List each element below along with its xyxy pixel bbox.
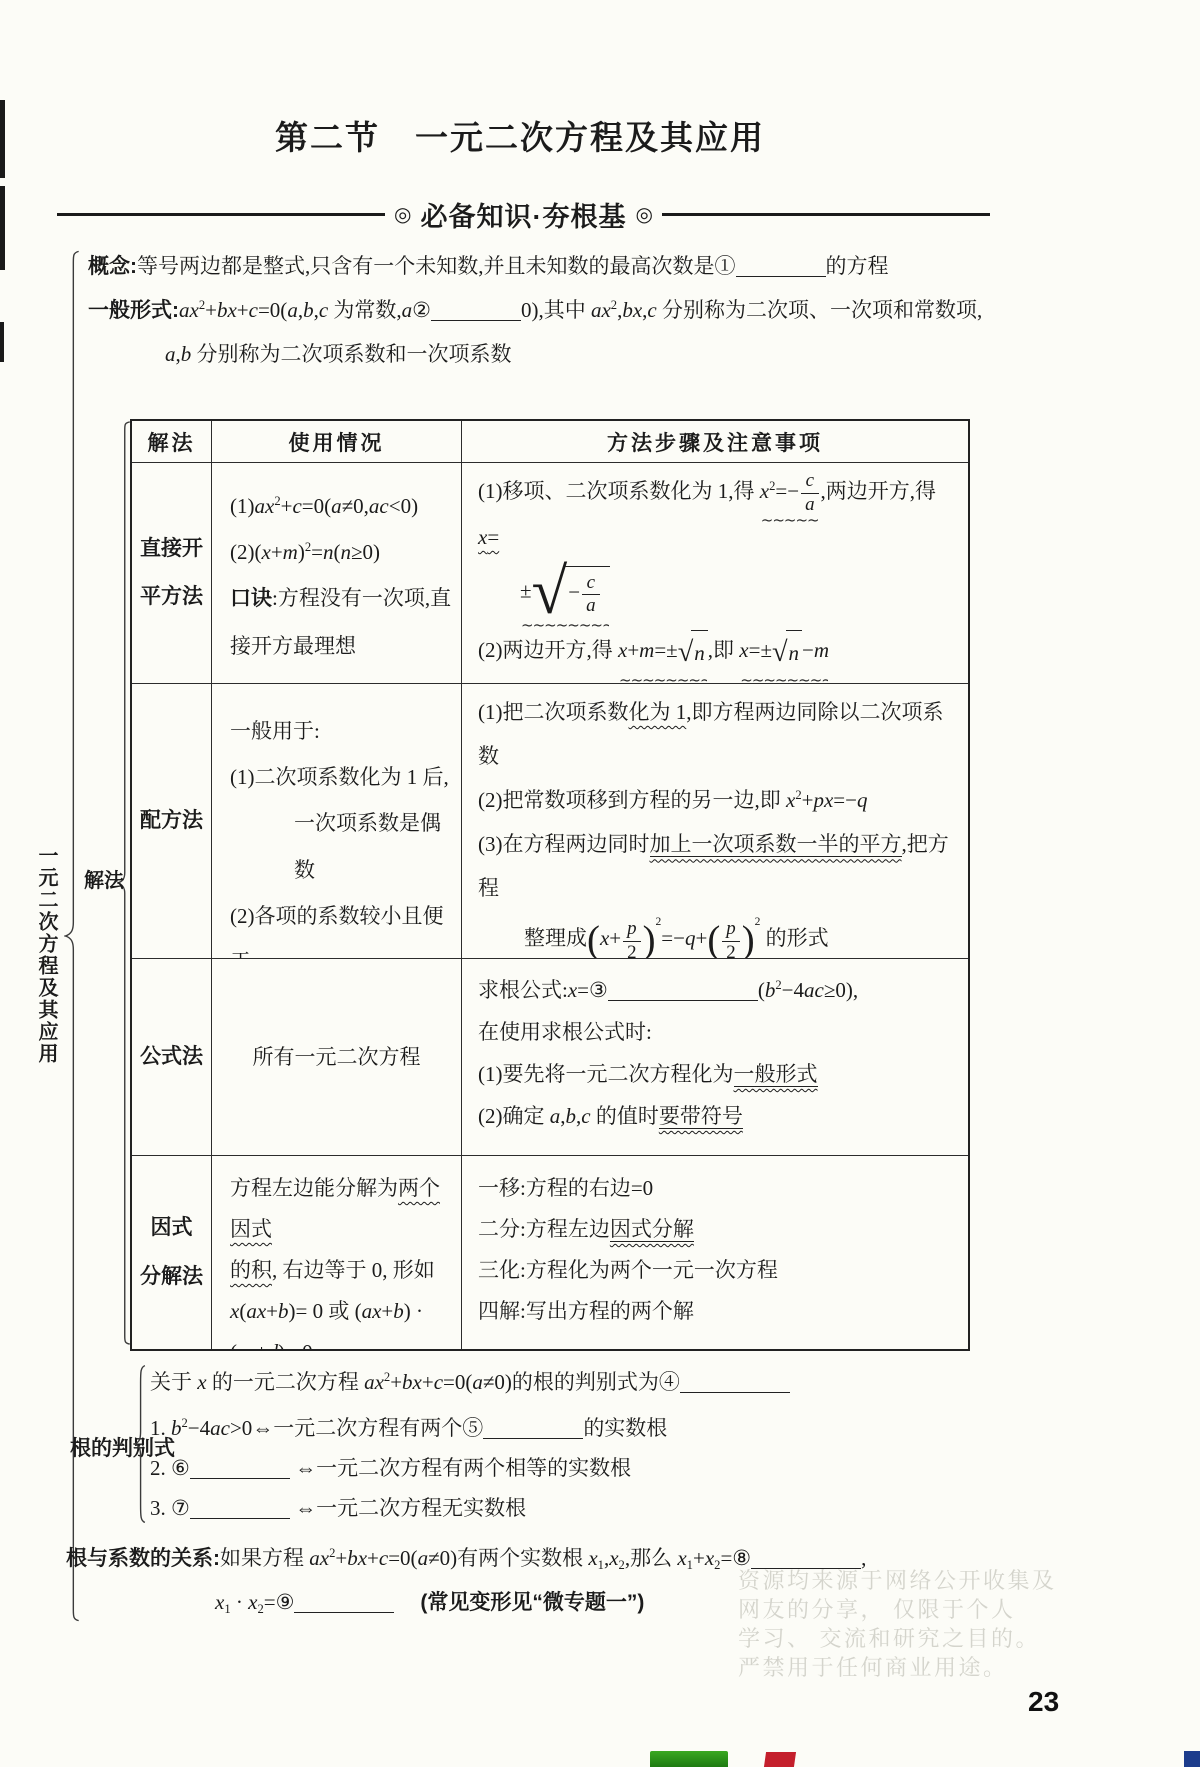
watermark-line: 学习、 交流和研究之目的。 bbox=[738, 1624, 1078, 1653]
section-banner: ◎ 必备知识·夯根基 ◎ bbox=[57, 196, 990, 232]
banner-rule-right bbox=[662, 213, 990, 216]
outline-brace-main bbox=[64, 250, 80, 1622]
footer-logo-fragment-green bbox=[650, 1751, 728, 1767]
vieta-line1: 根与系数的关系:如果方程 ax2+bx+c=0(a≠0)有两个实数根 x1,x2… bbox=[66, 1542, 866, 1573]
discriminant-line: 2. ⑥ ⇔一元二次方程有两个相等的实数根 bbox=[150, 1452, 631, 1482]
side-vertical-title: 一元二次方程及其应用 bbox=[32, 845, 61, 1085]
page-number: 23 bbox=[1028, 1686, 1059, 1718]
col-header-method: 解法 bbox=[132, 421, 212, 463]
watermark-line: 网友的分享， 仅限于个人 bbox=[738, 1595, 1078, 1624]
steps-direct-sqrt: (1)移项、二次项系数化为 1,得 x2=−ca,两边开方,得 x=±√−ca(… bbox=[462, 463, 968, 684]
scan-artifact bbox=[0, 186, 5, 270]
discriminant-line: 1. b2−4ac>0⇔一元二次方程有两个⑤的实数根 bbox=[150, 1412, 667, 1442]
steps-factoring: 一移:方程的右边=0二分:方程左边因式分解三化:方程化为两个一元一次方程四解:写… bbox=[462, 1156, 968, 1349]
usage-formula: 所有一元二次方程 bbox=[212, 959, 462, 1156]
watermark-line: 严禁用于任何商业用途。 bbox=[738, 1653, 1078, 1682]
watermark: 资源均来源于网络公开收集及 网友的分享， 仅限于个人 学习、 交流和研究之目的。… bbox=[738, 1566, 1078, 1682]
bullseye-icon: ◎ bbox=[636, 202, 653, 227]
scan-artifact bbox=[0, 322, 4, 362]
vieta-line2: x1 · x2=⑨(常见变形见“微专题一”) bbox=[215, 1586, 644, 1617]
method-name-direct-sqrt: 直接开平方法 bbox=[132, 463, 212, 684]
method-name-formula: 公式法 bbox=[132, 959, 212, 1156]
page-title: 第二节 一元二次方程及其应用 bbox=[150, 112, 890, 159]
methods-table: 解法 使用情况 方法步骤及注意事项 直接开平方法 (1)ax2+c=0(a≠0,… bbox=[130, 419, 970, 1351]
col-header-steps: 方法步骤及注意事项 bbox=[462, 421, 968, 463]
section-banner-title: 必备知识·夯根基 bbox=[421, 195, 627, 234]
footer-logo-fragment-blue bbox=[1184, 1751, 1200, 1767]
discriminant-line: 3. ⑦ ⇔一元二次方程无实数根 bbox=[150, 1492, 526, 1522]
general-form-line2: a,b 分别称为二次项系数和一次项系数 bbox=[165, 338, 512, 368]
discriminant-line: 关于 x 的一元二次方程 ax2+bx+c=0(a≠0)的根的判别式为④ bbox=[150, 1366, 790, 1396]
steps-completing-square: (1)把二次项系数化为 1,即方程两边同除以二次项系数(2)把常数项移到方程的另… bbox=[462, 684, 968, 959]
scan-artifact bbox=[0, 100, 5, 178]
general-form-line1: 一般形式:ax2+bx+c=0(a,b,c 为常数,a②0),其中 ax2,bx… bbox=[88, 294, 982, 324]
footer-logo-fragment-red bbox=[764, 1752, 796, 1767]
usage-factoring: 方程左边能分解为两个因式的积, 右边等于 0, 形如x(ax+b)= 0 或 (… bbox=[212, 1156, 462, 1349]
discriminant-brace bbox=[133, 1364, 146, 1524]
method-name-factoring: 因式分解法 bbox=[132, 1156, 212, 1349]
bullseye-icon: ◎ bbox=[394, 202, 411, 227]
col-header-usage: 使用情况 bbox=[212, 421, 462, 463]
methods-label: 解法 bbox=[84, 864, 124, 893]
usage-direct-sqrt: (1)ax2+c=0(a≠0,ac<0)(2)(x+m)2=n(n≥0)口诀:方… bbox=[212, 463, 462, 684]
concept-line: 概念:等号两边都是整式,只含有一个未知数,并且未知数的最高次数是①的方程 bbox=[88, 250, 889, 280]
banner-rule-left bbox=[57, 213, 385, 216]
usage-completing-square: 一般用于:(1)二次项系数化为 1 后,一次项系数是偶数(2)各项的系数较小且便… bbox=[212, 684, 462, 959]
method-name-completing-square: 配方法 bbox=[132, 684, 212, 959]
steps-formula: 求根公式:x=③(b2−4ac≥0),在使用求根公式时:(1)要先将一元二次方程… bbox=[462, 959, 968, 1156]
textbook-page: 资源均来源于网络公开收集及 网友的分享， 仅限于个人 学习、 交流和研究之目的。… bbox=[0, 0, 1200, 1767]
